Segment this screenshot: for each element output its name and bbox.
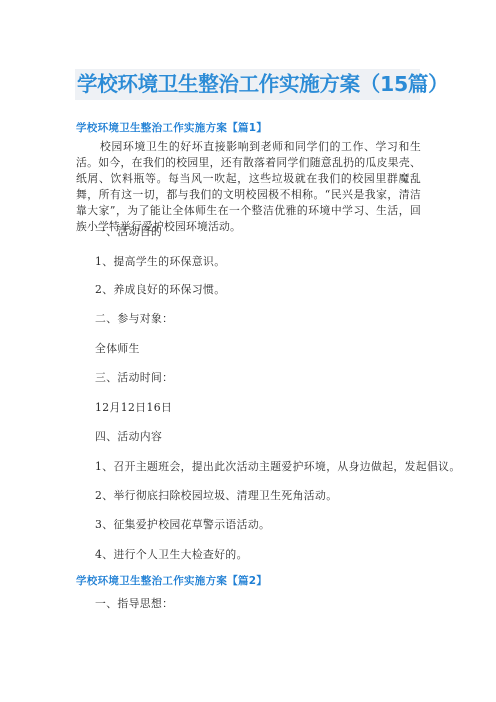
document-title: 学校环境卫生整治工作实施方案（15篇） bbox=[75, 69, 420, 100]
document-page: 学校环境卫生整治工作实施方案（15篇） 学校环境卫生整治工作实施方案【篇1】 校… bbox=[0, 0, 496, 702]
list-item: 2、举行彻底扫除校园垃圾、清理卫生死角活动。 bbox=[95, 489, 337, 503]
list-item: 二、参与对象： bbox=[95, 312, 173, 326]
list-item: 12月12日16日 bbox=[95, 401, 172, 415]
list-item: 1、提高学生的环保意识。 bbox=[95, 255, 225, 269]
list-item: 3、征集爱护校园花草警示语活动。 bbox=[95, 518, 270, 532]
list-item: 1、召开主题班会，提出此次活动主题爱护环境，从身边做起，发起倡议。 bbox=[95, 460, 461, 474]
list-item: 三、活动时间： bbox=[95, 371, 173, 385]
intro-paragraph: 校园环境卫生的好坏直接影响到老师和同学们的工作、学习和生活。如今，在我们的校园里… bbox=[76, 139, 421, 235]
list-item: 一、指导思想： bbox=[95, 597, 173, 611]
list-item: 全体师生 bbox=[95, 342, 140, 356]
list-item: 一、活动目的 bbox=[95, 225, 162, 239]
list-item: 四、活动内容 bbox=[95, 430, 162, 444]
section-heading-2: 学校环境卫生整治工作实施方案【篇2】 bbox=[76, 574, 267, 588]
list-item: 2、养成良好的环保习惯。 bbox=[95, 283, 225, 297]
list-item: 4、进行个人卫生大检查好的。 bbox=[95, 548, 248, 562]
section-heading-1: 学校环境卫生整治工作实施方案【篇1】 bbox=[76, 121, 267, 135]
